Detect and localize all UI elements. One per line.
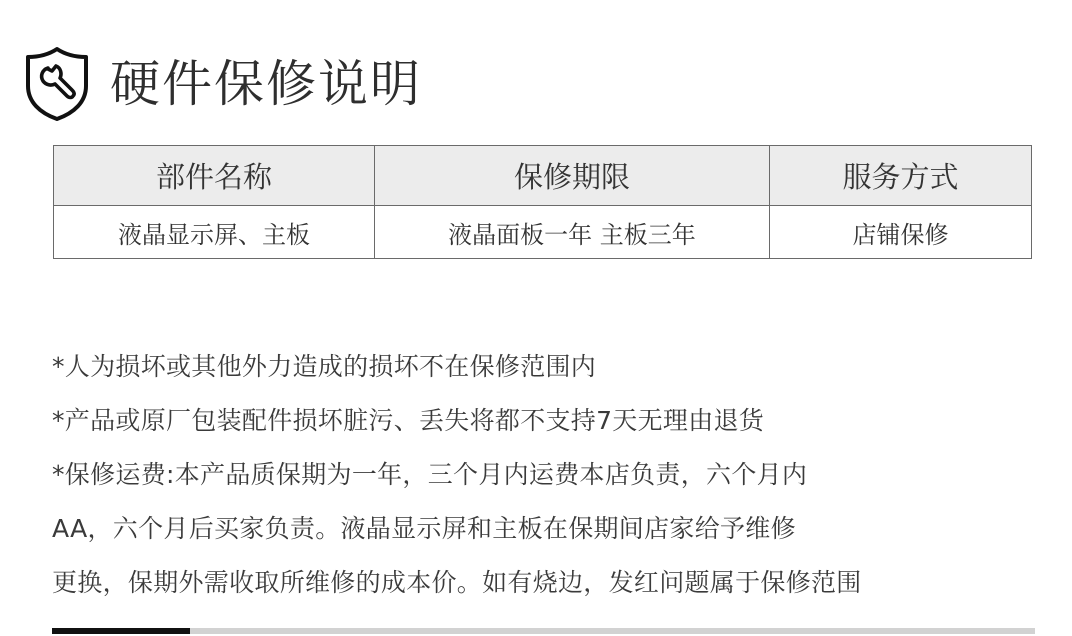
cell-part-name: 液晶显示屏、主板 xyxy=(54,206,375,259)
note-line: 更换，保期外需收取所维修的成本价。如有烧边，发红问题属于保修范围 xyxy=(52,556,1052,610)
section-header: 硬件保修说明 xyxy=(24,44,422,124)
cell-service-method: 店铺保修 xyxy=(770,206,1032,259)
table-row: 液晶显示屏、主板 液晶面板一年 主板三年 店铺保修 xyxy=(54,206,1032,259)
column-header-part-name: 部件名称 xyxy=(54,146,375,206)
warranty-table: 部件名称 保修期限 服务方式 液晶显示屏、主板 液晶面板一年 主板三年 店铺保修 xyxy=(53,145,1032,259)
note-line: AA，六个月后买家负责。液晶显示屏和主板在保期间店家给予维修 xyxy=(52,502,1052,556)
note-line: *产品或原厂包装配件损坏脏污、丢失将都不支持7天无理由退货 xyxy=(52,394,1052,448)
note-line: *人为损坏或其他外力造成的损坏不在保修范围内 xyxy=(52,340,1052,394)
cell-warranty-period: 液晶面板一年 主板三年 xyxy=(375,206,770,259)
column-header-service-method: 服务方式 xyxy=(770,146,1032,206)
note-line: *保修运费:本产品质保期为一年，三个月内运费本店负责，六个月内 xyxy=(52,448,1052,502)
shield-wrench-icon xyxy=(24,46,90,122)
table-header-row: 部件名称 保修期限 服务方式 xyxy=(54,146,1032,206)
warranty-notes: *人为损坏或其他外力造成的损坏不在保修范围内 *产品或原厂包装配件损坏脏污、丢失… xyxy=(52,340,1052,610)
column-header-warranty-period: 保修期限 xyxy=(375,146,770,206)
scroll-progress-fill xyxy=(52,628,190,634)
page-title: 硬件保修说明 xyxy=(110,59,422,109)
scroll-progress-bar xyxy=(52,628,1035,634)
